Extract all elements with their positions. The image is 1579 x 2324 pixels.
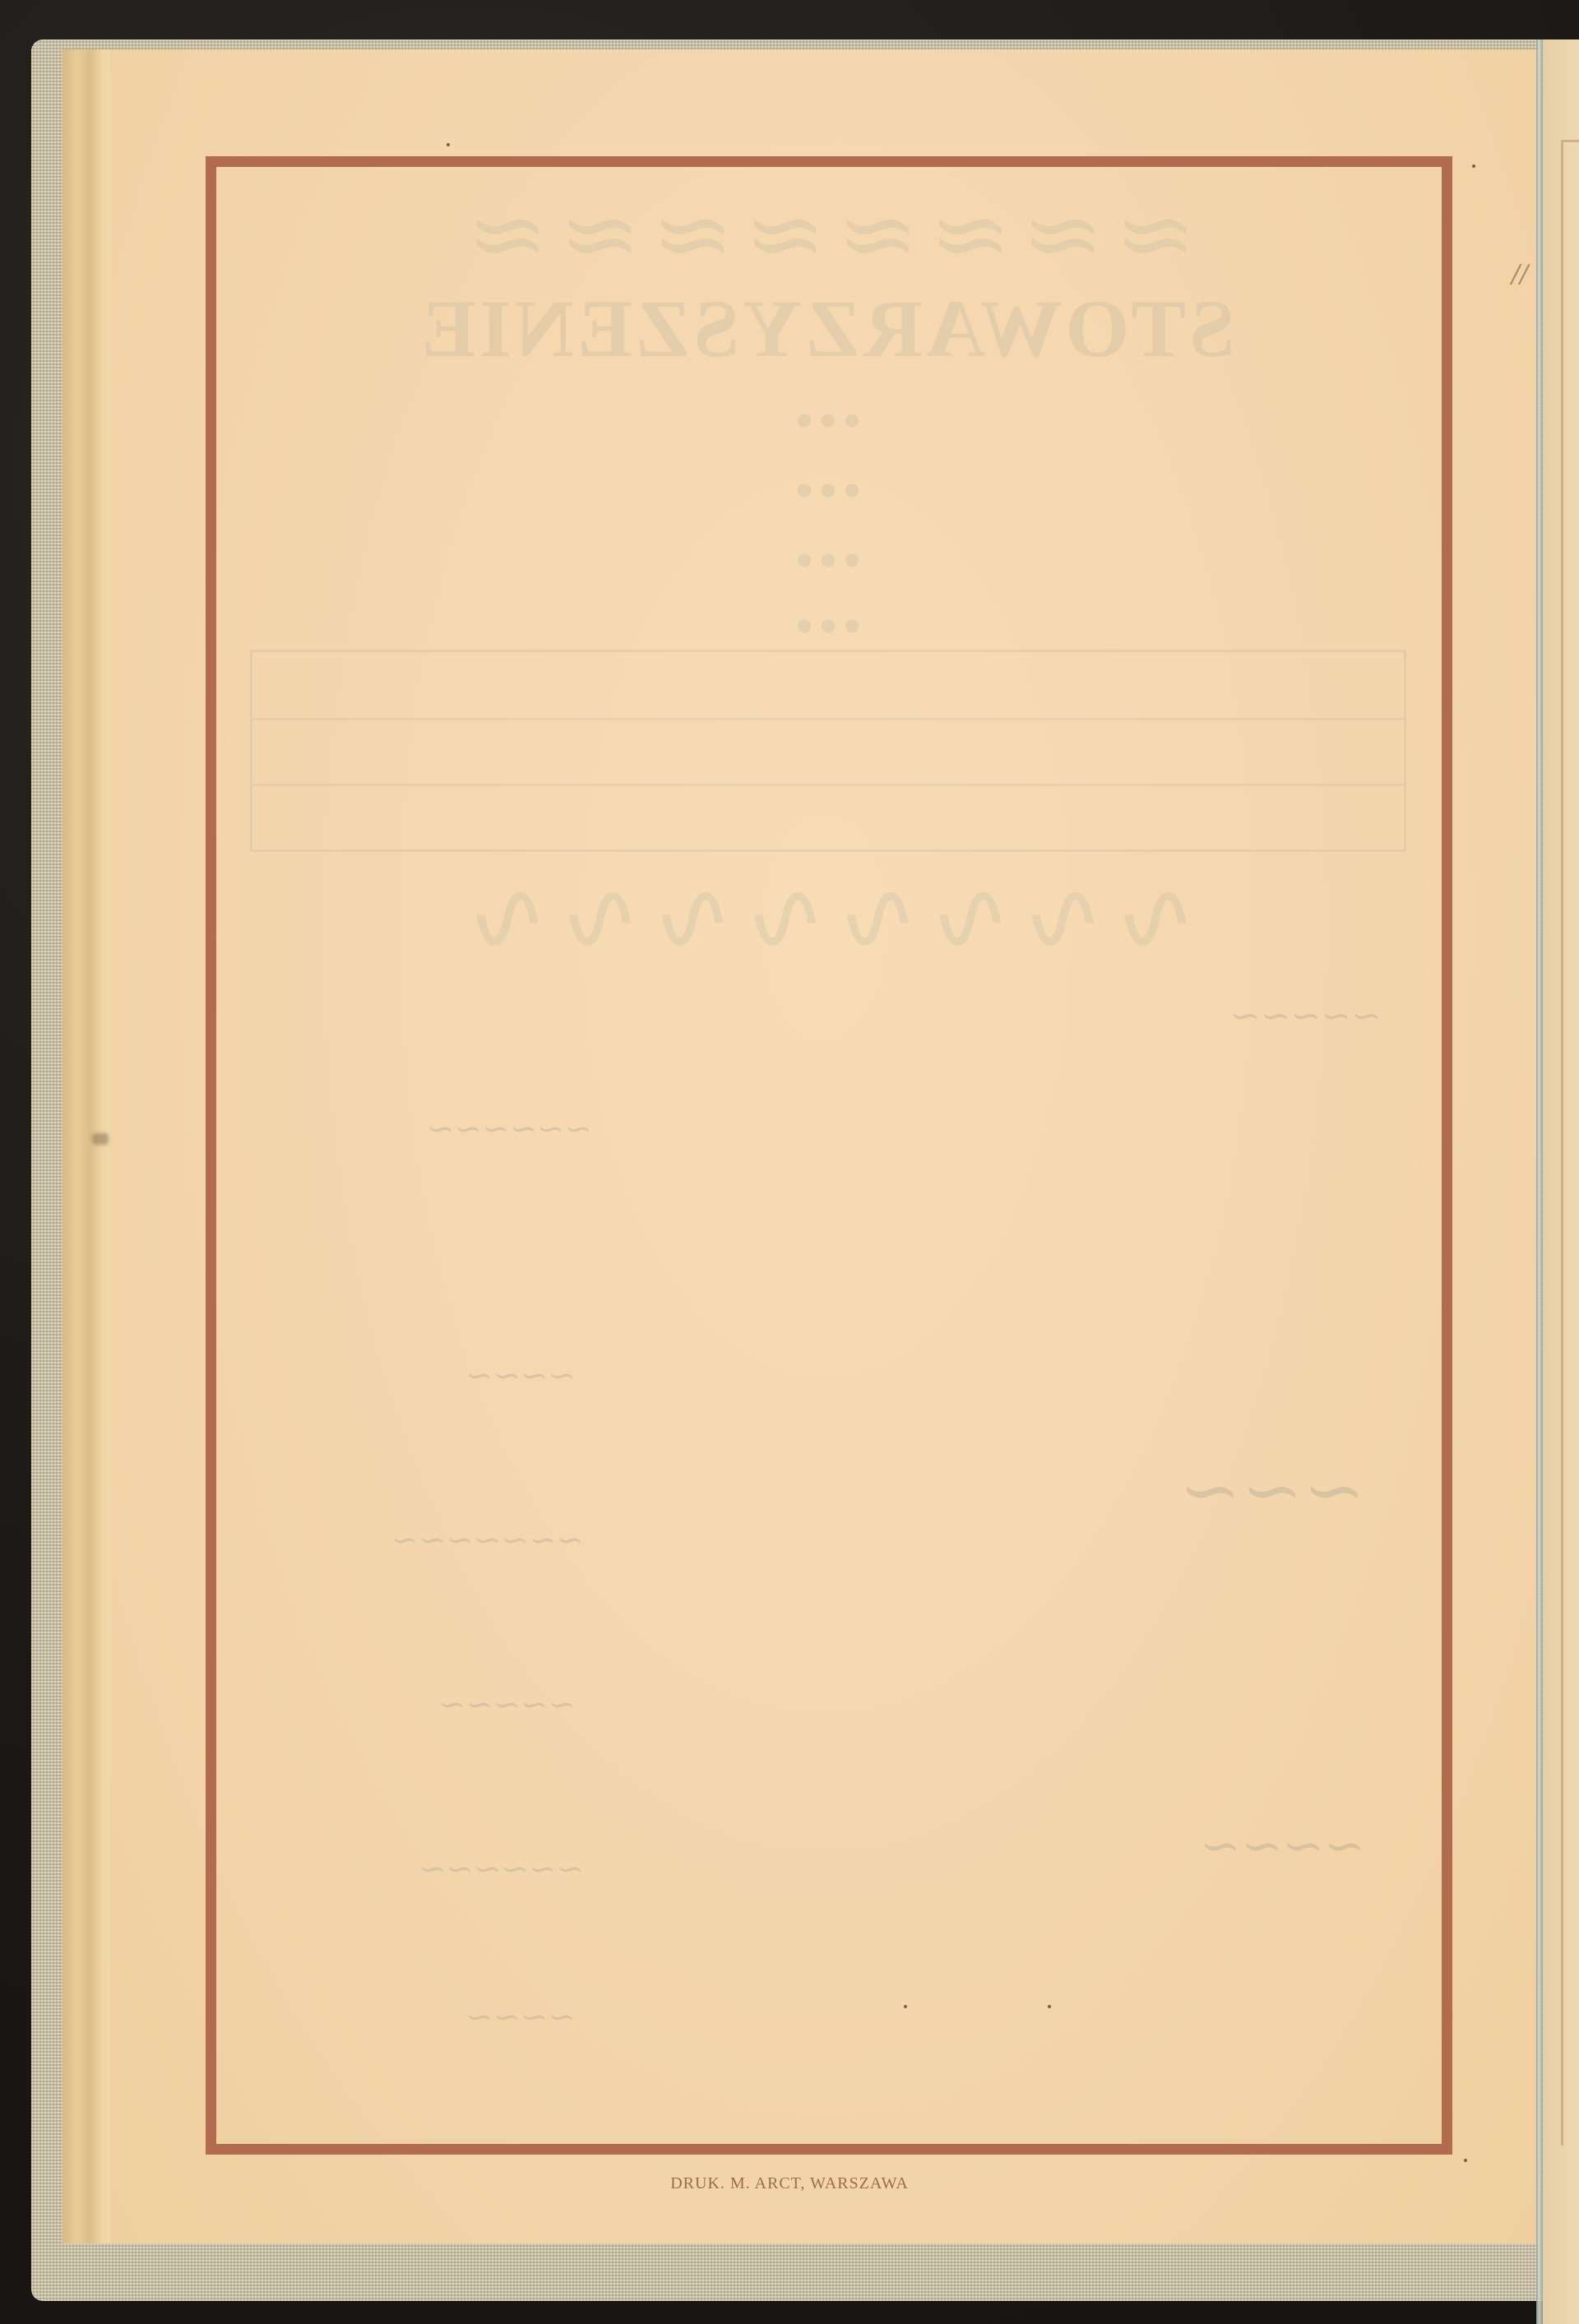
paper-speck <box>447 143 450 146</box>
glass-plate-edge <box>1536 39 1543 2324</box>
next-page-frame <box>1561 140 1579 2146</box>
paper-speck <box>904 2005 907 2008</box>
page-smudge <box>92 1133 109 1145</box>
printer-imprint: DRUK. M. ARCT, WARSZAWA <box>0 2174 1579 2193</box>
page-stack-edge <box>63 49 113 2243</box>
paper-speck <box>1472 164 1475 168</box>
decorative-frame-border <box>206 156 1452 2155</box>
paper-speck <box>1464 2159 1467 2162</box>
pencil-margin-mark: // <box>1512 260 1528 289</box>
paper-speck <box>1048 2005 1051 2008</box>
